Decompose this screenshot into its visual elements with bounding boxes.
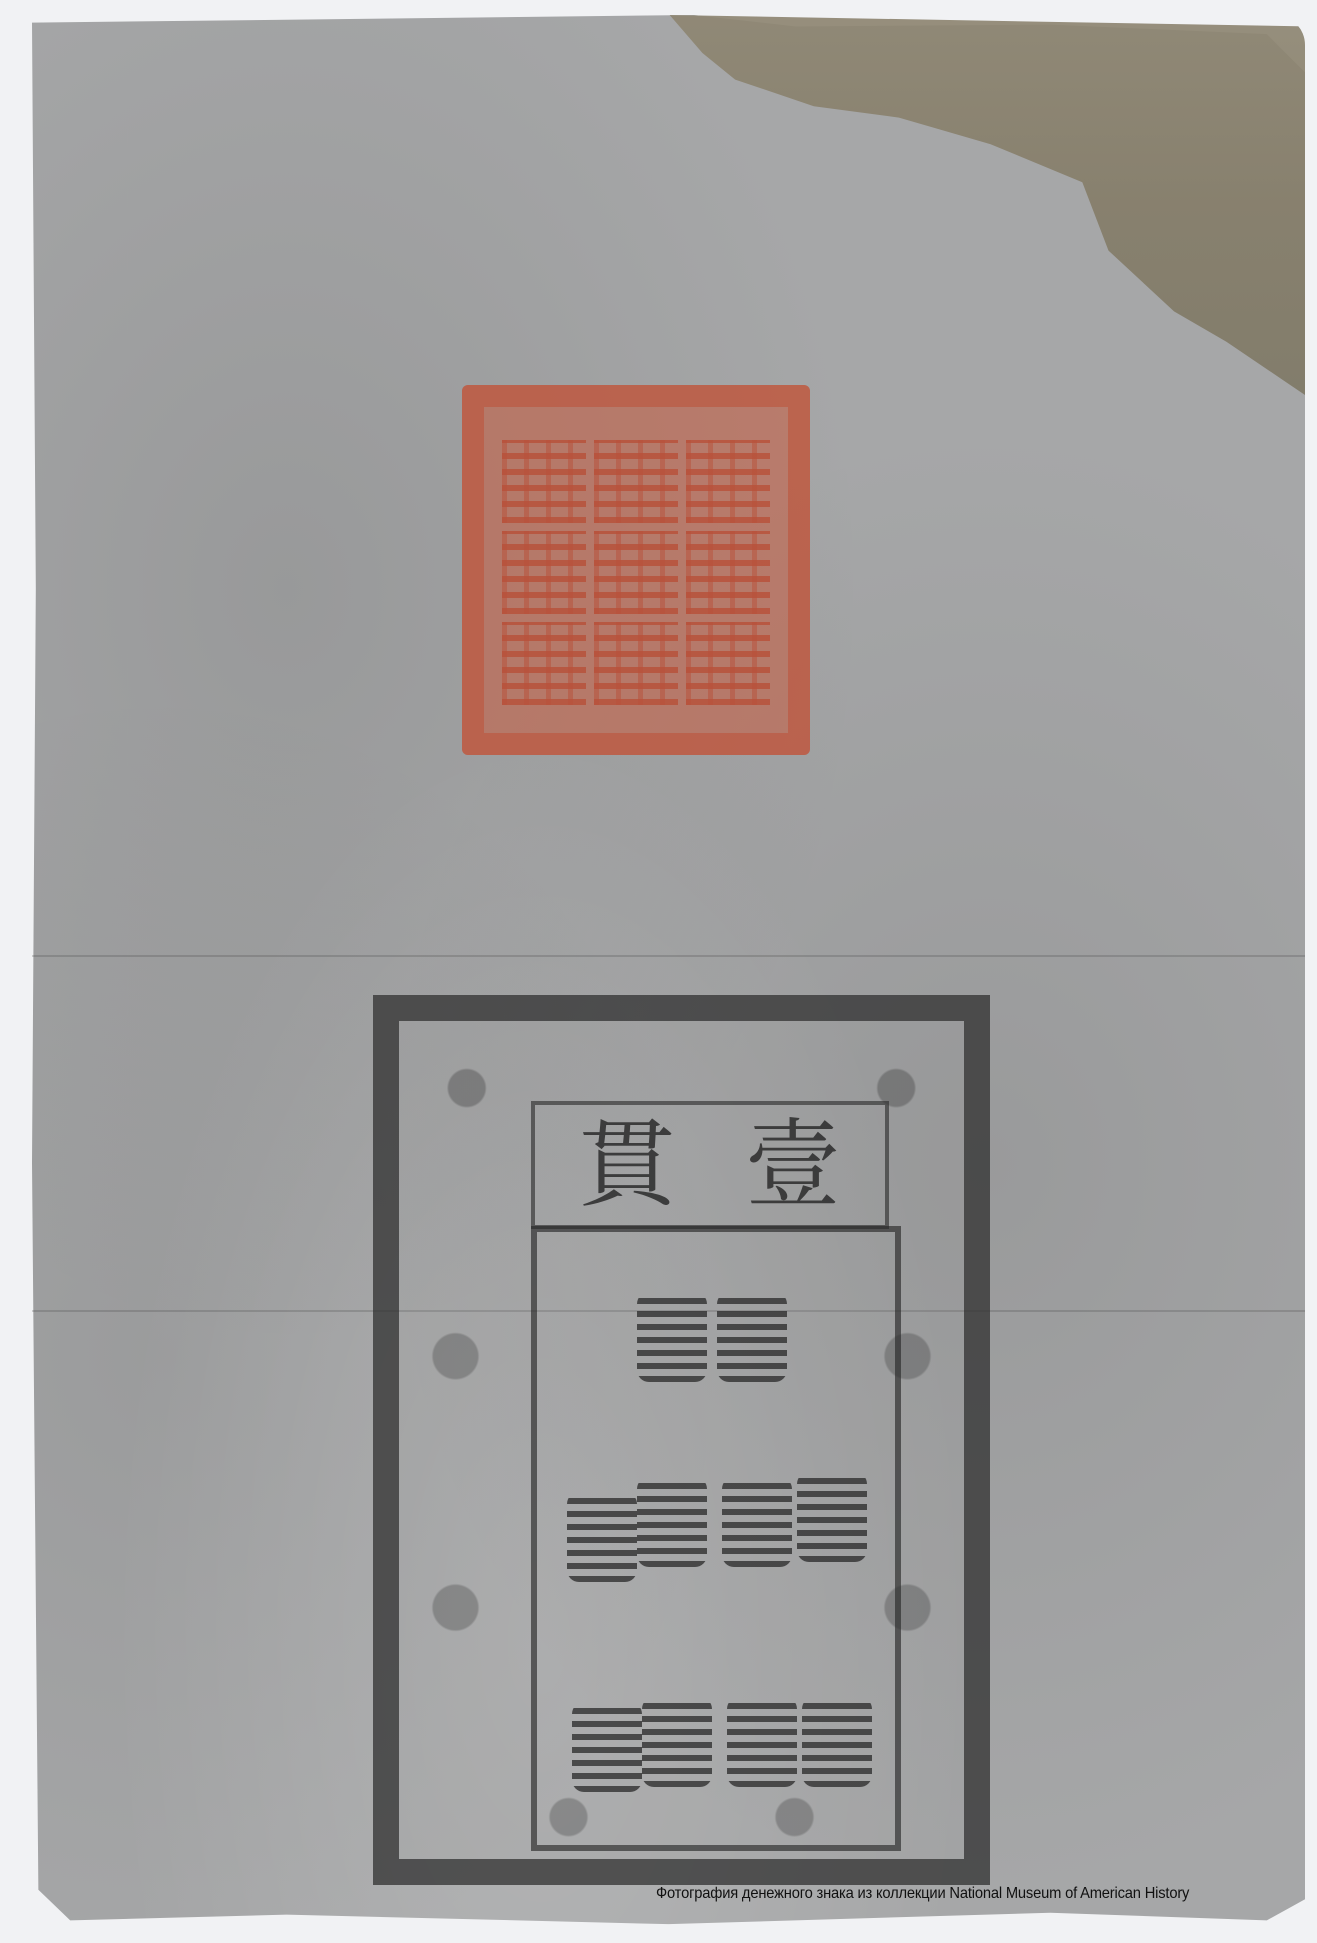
coin-string-icon	[637, 1292, 707, 1382]
photo-caption: Фотография денежного знака из коллекции …	[656, 1885, 1189, 1903]
value-char-yi: 壹	[745, 1117, 841, 1213]
coin-string-icon	[802, 1697, 872, 1787]
fold-line	[32, 955, 1305, 957]
seal-glyph	[686, 622, 770, 705]
red-seal	[462, 385, 810, 755]
seal-glyph	[502, 531, 586, 614]
seal-glyph	[594, 440, 678, 523]
value-panel: 貫 壹	[531, 1101, 889, 1229]
coin-string-icon	[727, 1697, 797, 1787]
coin-string-icon	[717, 1292, 787, 1382]
coin-string-icon	[642, 1697, 712, 1787]
coin-string-icon	[797, 1472, 867, 1562]
seal-glyph	[594, 531, 678, 614]
coin-string-icon	[567, 1492, 637, 1582]
seal-glyph	[686, 440, 770, 523]
coin-string-icon	[637, 1477, 707, 1567]
coin-strings-panel	[531, 1226, 901, 1851]
seal-glyph	[502, 440, 586, 523]
coin-string-icon	[572, 1702, 642, 1792]
coin-string-icon	[722, 1477, 792, 1567]
value-char-guan: 貫	[579, 1117, 675, 1213]
seal-glyphs	[502, 440, 770, 705]
seal-glyph	[594, 622, 678, 705]
printed-block: 貫 壹	[373, 995, 990, 1885]
seal-glyph	[686, 531, 770, 614]
seal-glyph	[502, 622, 586, 705]
